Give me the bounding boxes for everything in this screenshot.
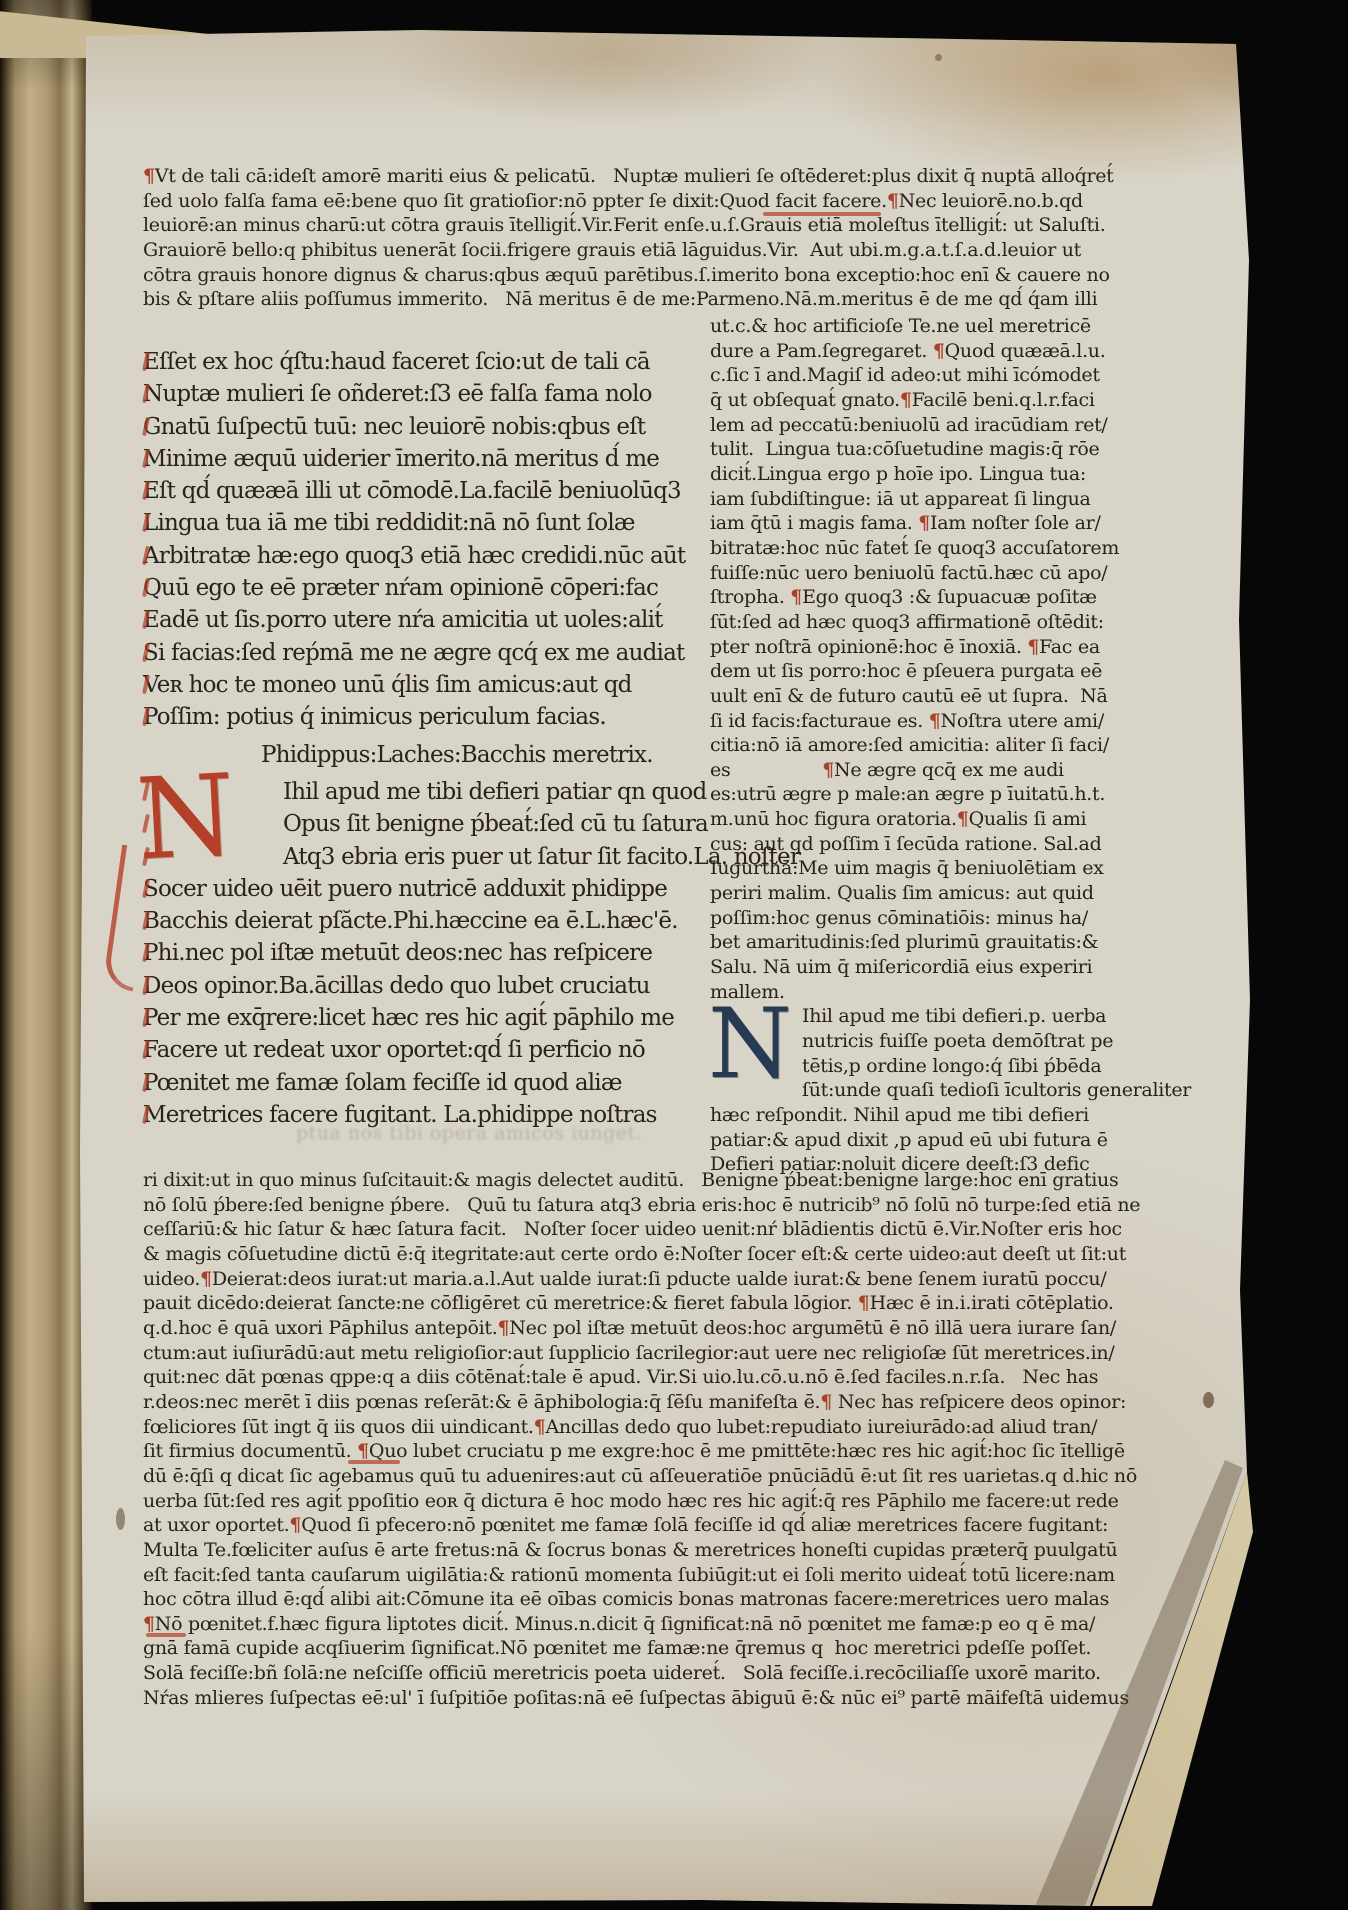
text-line: tētis,p ordine longo:q́ ſibi ṕbēda — [710, 1054, 1130, 1079]
text-line: cōtra grauis honore dignus & charus:qbus… — [143, 263, 1133, 288]
text-line: bis & pſtare aliis poſſumus immerito. Nā… — [143, 287, 1133, 312]
text-line: uerba ſūt:ſed res agit́ ppoſitio eoʀ q̄ … — [143, 1489, 1133, 1514]
pilcrow-mark: ¶ — [498, 1317, 510, 1339]
right-commentary-column: ut.c.& hoc artificioſe Te.ne uel meretri… — [710, 314, 1130, 1177]
text-line: quit:nec dāt pœnas qppe:q a diis cōtēnat… — [143, 1365, 1133, 1390]
text-line: dū ē:q̄ſi q dicat ſic agebamus quū tu ad… — [143, 1464, 1133, 1489]
text-line: Facere ut redeat uxor oportet:qd́ ſi per… — [143, 1034, 655, 1066]
text-line: at uxor oportet.¶Quod ſi pfecero:nō pœni… — [143, 1513, 1133, 1538]
text-line: Eſt qd́ quææā illi ut cōmodē.La.facilē b… — [143, 475, 655, 507]
parchment-page: ¶Vt de tali cā:ideſt amorē mariti eius &… — [0, 0, 1348, 1910]
pilcrow-mark: ¶ — [357, 1440, 369, 1462]
text-line: Lingua tua iā me tibi reddidit:nā nō ſun… — [143, 507, 655, 539]
text-line: ut.c.& hoc artificioſe Te.ne uel meretri… — [710, 314, 1130, 339]
text-line: ri dixit:ut in quo minus ſuſcitauit:& ma… — [143, 1168, 1133, 1193]
pilcrow-mark: ¶ — [887, 190, 899, 212]
pilcrow-mark: ¶ — [534, 1416, 546, 1438]
verse-paragraph-lines: Ihil apud me tibi defieri patiar qn quod… — [143, 776, 655, 1131]
text-line: dem ut ſis porro:hoc ē pſeuera purgata e… — [710, 659, 1130, 684]
text-line: lem ad peccatū:beniuolū ad iracūdiam ret… — [710, 413, 1130, 438]
text-line: Per me exq̄rere:licet hæc res hic agit́ … — [143, 1002, 655, 1034]
text-line: ceſſariū:& hic ſatur & hæc ſatura facit.… — [143, 1217, 1133, 1242]
text-line: Pœnitet me famæ ſolam feciſſe id quod al… — [143, 1067, 655, 1099]
text-line: Deos opinor.Ba.ācillas dedo quo lubet cr… — [143, 970, 655, 1002]
text-line: Grauiorē bello:q phibitus uenerāt ſocii.… — [143, 238, 1133, 263]
fox-spot — [935, 54, 942, 61]
rubric-underline — [146, 1633, 186, 1637]
text-line: Bacchis deierat pſăcte.Phi.hæccine ea ē.… — [143, 905, 655, 937]
pilcrow-mark: ¶ — [822, 759, 834, 781]
text-line: Ihil apud me tibi defieri.p. uerba — [710, 1004, 1130, 1029]
text-line: Atq3 ebria eris puer ut ſatur ſit facito… — [143, 841, 655, 873]
text-line: dicit́.Lingua ergo p hoīe ipo. Lingua tu… — [710, 462, 1130, 487]
pilcrow-mark: ¶ — [929, 710, 941, 732]
text-line: r.deos:nec merēt ī diis pœnas reſerāt:& … — [143, 1390, 1133, 1415]
pilcrow-mark: ¶ — [289, 1514, 301, 1536]
text-line: gnā famā cupide acqſiuerim ſignificat.Nō… — [143, 1636, 1133, 1661]
text-line: hoc cōtra illud ē:qd́ alibi ait:Cōmune i… — [143, 1587, 1133, 1612]
text-line: pauit dicēdo:deierat ſancte:ne cōfligēre… — [143, 1291, 1133, 1316]
text-line: patiar:& apud dixit ,p apud eū ubi futur… — [710, 1128, 1130, 1153]
binding-page-edges — [0, 0, 92, 1910]
text-line: nō ſolū ṕbere:ſed benigne ṕbere. Quū tu … — [143, 1193, 1133, 1218]
text-line: pter noſtrā opinionē:hoc ē īnoxiā. ¶Fac … — [710, 635, 1130, 660]
pilcrow-mark: ¶ — [790, 586, 802, 608]
text-line: Nŕas mlieres ſuſpectas eē:ul' ī ſuſpitiō… — [143, 1686, 1133, 1711]
text-line: Solā feciſſe:bñ ſolā:ne neſciſſe officiū… — [143, 1661, 1133, 1686]
edge-blemish — [116, 1508, 125, 1530]
verse-column: Eſſet ex hoc q́ſtu:haud faceret ſcio:ut … — [143, 346, 655, 734]
text-line: Ihil apud me tibi defieri patiar qn quod — [143, 776, 655, 808]
text-line: bet amaritudinis:ſed plurimū grauitatis:… — [710, 930, 1130, 955]
text-line: ſūt:unde quaſi tedioſi īcultoris general… — [710, 1078, 1130, 1103]
text-line: c.ſic ī and.Magiſ id adeo:ut mihi īcómod… — [710, 363, 1130, 388]
text-line: q.d.hoc ē quā uxori Pāphilus antepōit.¶N… — [143, 1316, 1133, 1341]
text-line: nutricis fuiſſe poeta demōſtrat pe — [710, 1029, 1130, 1054]
text-line: poſſim:hoc genus cōminatiōis: minus ha/ — [710, 906, 1130, 931]
bottom-commentary-block: ri dixit:ut in quo minus ſuſcitauit:& ma… — [143, 1168, 1133, 1710]
text-line: ctum:aut iuſiurādū:aut metu religioſior:… — [143, 1341, 1133, 1366]
scanned-book-page: ¶Vt de tali cā:ideſt amorē mariti eius &… — [0, 0, 1348, 1910]
text-line: m.unū hoc figura oratoria.¶Qualis ſi ami — [710, 807, 1130, 832]
pilcrow-mark: ¶ — [820, 1391, 832, 1413]
text-line: Gnatū ſuſpectū tuū: nec leuiorē nobis:qb… — [143, 411, 655, 443]
text-line: ſūt:ſed ad hæc quoq3 affirmationē oſtēdi… — [710, 610, 1130, 635]
text-line: fuiſſe:nūc uero beniuolū factū.hæc cū ap… — [710, 561, 1130, 586]
pilcrow-mark: ¶ — [143, 1613, 155, 1635]
text-line: & magis cōſuetudine dictū ē:q̄ itegritat… — [143, 1242, 1133, 1267]
text-line: Nuptæ mulieri ſe oñderet:ſ3 eē falſa fam… — [143, 378, 655, 410]
text-line: Salu. Nā uim q̄ miſericordiā eius experi… — [710, 955, 1130, 980]
text-line: ¶Nō pœnitet.f.hæc figura liptotes dicit́… — [143, 1612, 1133, 1637]
text-line: uideo.¶Deierat:deos iurat:ut maria.a.l.A… — [143, 1267, 1133, 1292]
text-line: Si facias:ſed reṕmā me ne ægre qcq́ ex m… — [143, 637, 655, 669]
text-line: ſtropha. ¶Ego quoq3 :& ſupuacuæ poſitæ — [710, 585, 1130, 610]
text-line: ſit firmius documentū. ¶Quo lubet crucia… — [143, 1439, 1133, 1464]
text-line: fœliciores ſūt ingt q̄ iis quos dii uind… — [143, 1415, 1133, 1440]
text-line: es ¶Ne ægre qcq̄ ex me audi — [710, 758, 1130, 783]
text-line: ¶Vt de tali cā:ideſt amorē mariti eius &… — [143, 164, 1133, 189]
ink-blemish — [1203, 1392, 1214, 1408]
text-line: Opus ſit benigne ṕbeat́:ſed cū tu ſatura — [143, 808, 655, 840]
rubric-underline — [763, 212, 881, 216]
pilcrow-mark: ¶ — [957, 808, 969, 830]
text-line: iam ſubdiſtingue: iā ut appareat ſi ling… — [710, 487, 1130, 512]
text-line: ſed uolo falſa fama eē:bene quo ſit grat… — [143, 189, 1133, 214]
top-commentary-block: ¶Vt de tali cā:ideſt amorē mariti eius &… — [143, 164, 1133, 312]
text-line: Eadē ut ſis.porro utere nŕa amicitia ut … — [143, 604, 655, 636]
text-line: Multa Te.fœliciter auſus ē arte fretus:n… — [143, 1538, 1133, 1563]
text-line: bitratæ:hoc nūc fatet́ ſe quoq3 accuſato… — [710, 536, 1130, 561]
text-line: leuiorē:an minus charū:ut cōtra grauis ī… — [143, 213, 1133, 238]
scene-heading: Phidippus:Laches:Bacchis meretrix. — [143, 742, 771, 768]
text-line: Poſſim: potius q́ inimicus periculum fac… — [143, 701, 655, 733]
text-line: Socer uideo uēit puero nutricē adduxit p… — [143, 873, 655, 905]
text-line: Iugurthā:Me uim magis q̄ beniuolētiam ex — [710, 856, 1130, 881]
pilcrow-mark: ¶ — [858, 1292, 870, 1314]
pilcrow-mark: ¶ — [1027, 636, 1039, 658]
text-line: periri malim. Qualis ſim amicus: aut qui… — [710, 881, 1130, 906]
commentary-paragraph-lines: Ihil apud me tibi defieri.p. uerbanutric… — [710, 1004, 1130, 1177]
show-through-text: ptua nos tibi opera amicos iunget. — [296, 1122, 642, 1144]
text-line: ſi id facis:facturaue es. ¶Noſtra utere … — [710, 709, 1130, 734]
text-line: tulit. Lingua tua:cōſuetudine magis:q̄ r… — [710, 437, 1130, 462]
text-line: cus: aut qd poſſim ī ſecūda ratione. Sal… — [710, 832, 1130, 857]
pilcrow-mark: ¶ — [143, 165, 155, 187]
text-line: iam q̄tū i magis fama. ¶Iam noſter ſole … — [710, 511, 1130, 536]
text-line: dure a Pam.ſegregaret. ¶Quod quææā.l.u. — [710, 339, 1130, 364]
pilcrow-mark: ¶ — [918, 512, 930, 534]
right-commentary-lines: ut.c.& hoc artificioſe Te.ne uel meretri… — [710, 314, 1130, 1004]
text-line: Arbitratæ hæ:ego quoq3 etiā hæc credidi.… — [143, 540, 655, 572]
text-line: es:utrū ægre p male:an ægre p īuitatū.h.… — [710, 782, 1130, 807]
text-line: q̄ ut obſequat́ gnato.¶Facilē beni.q.l.r… — [710, 388, 1130, 413]
text-line: Phi.nec pol iſtæ metuūt deos:nec has reſ… — [143, 937, 655, 969]
text-line: uult enī & de futuro cautū eē ut ſupra. … — [710, 684, 1130, 709]
verse-paragraph: N Ihil apud me tibi defieri patiar qn qu… — [143, 776, 655, 1131]
pilcrow-mark: ¶ — [900, 389, 912, 411]
text-line: Minime æquū uiderier īmerito.nā meritus … — [143, 443, 655, 475]
pilcrow-mark: ¶ — [933, 340, 945, 362]
text-line: citia:nō iā amore:ſed amicitia: aliter ſ… — [710, 733, 1130, 758]
rubric-underline — [348, 1460, 400, 1464]
text-line: Quū ego te eē præter nŕam opinionē cōper… — [143, 572, 655, 604]
commentary-paragraph: N Ihil apud me tibi defieri.p. uerbanutr… — [710, 1004, 1130, 1177]
text-line: Eſſet ex hoc q́ſtu:haud faceret ſcio:ut … — [143, 346, 655, 378]
text-line: eſt facit:ſed tanta cauſarum uigilātia:&… — [143, 1563, 1133, 1588]
text-line: Veʀ hoc te moneo unū q́lis ſim amicus:au… — [143, 669, 655, 701]
pilcrow-mark: ¶ — [200, 1268, 212, 1290]
text-line: hæc reſpondit. Nihil apud me tibi defier… — [710, 1103, 1130, 1128]
